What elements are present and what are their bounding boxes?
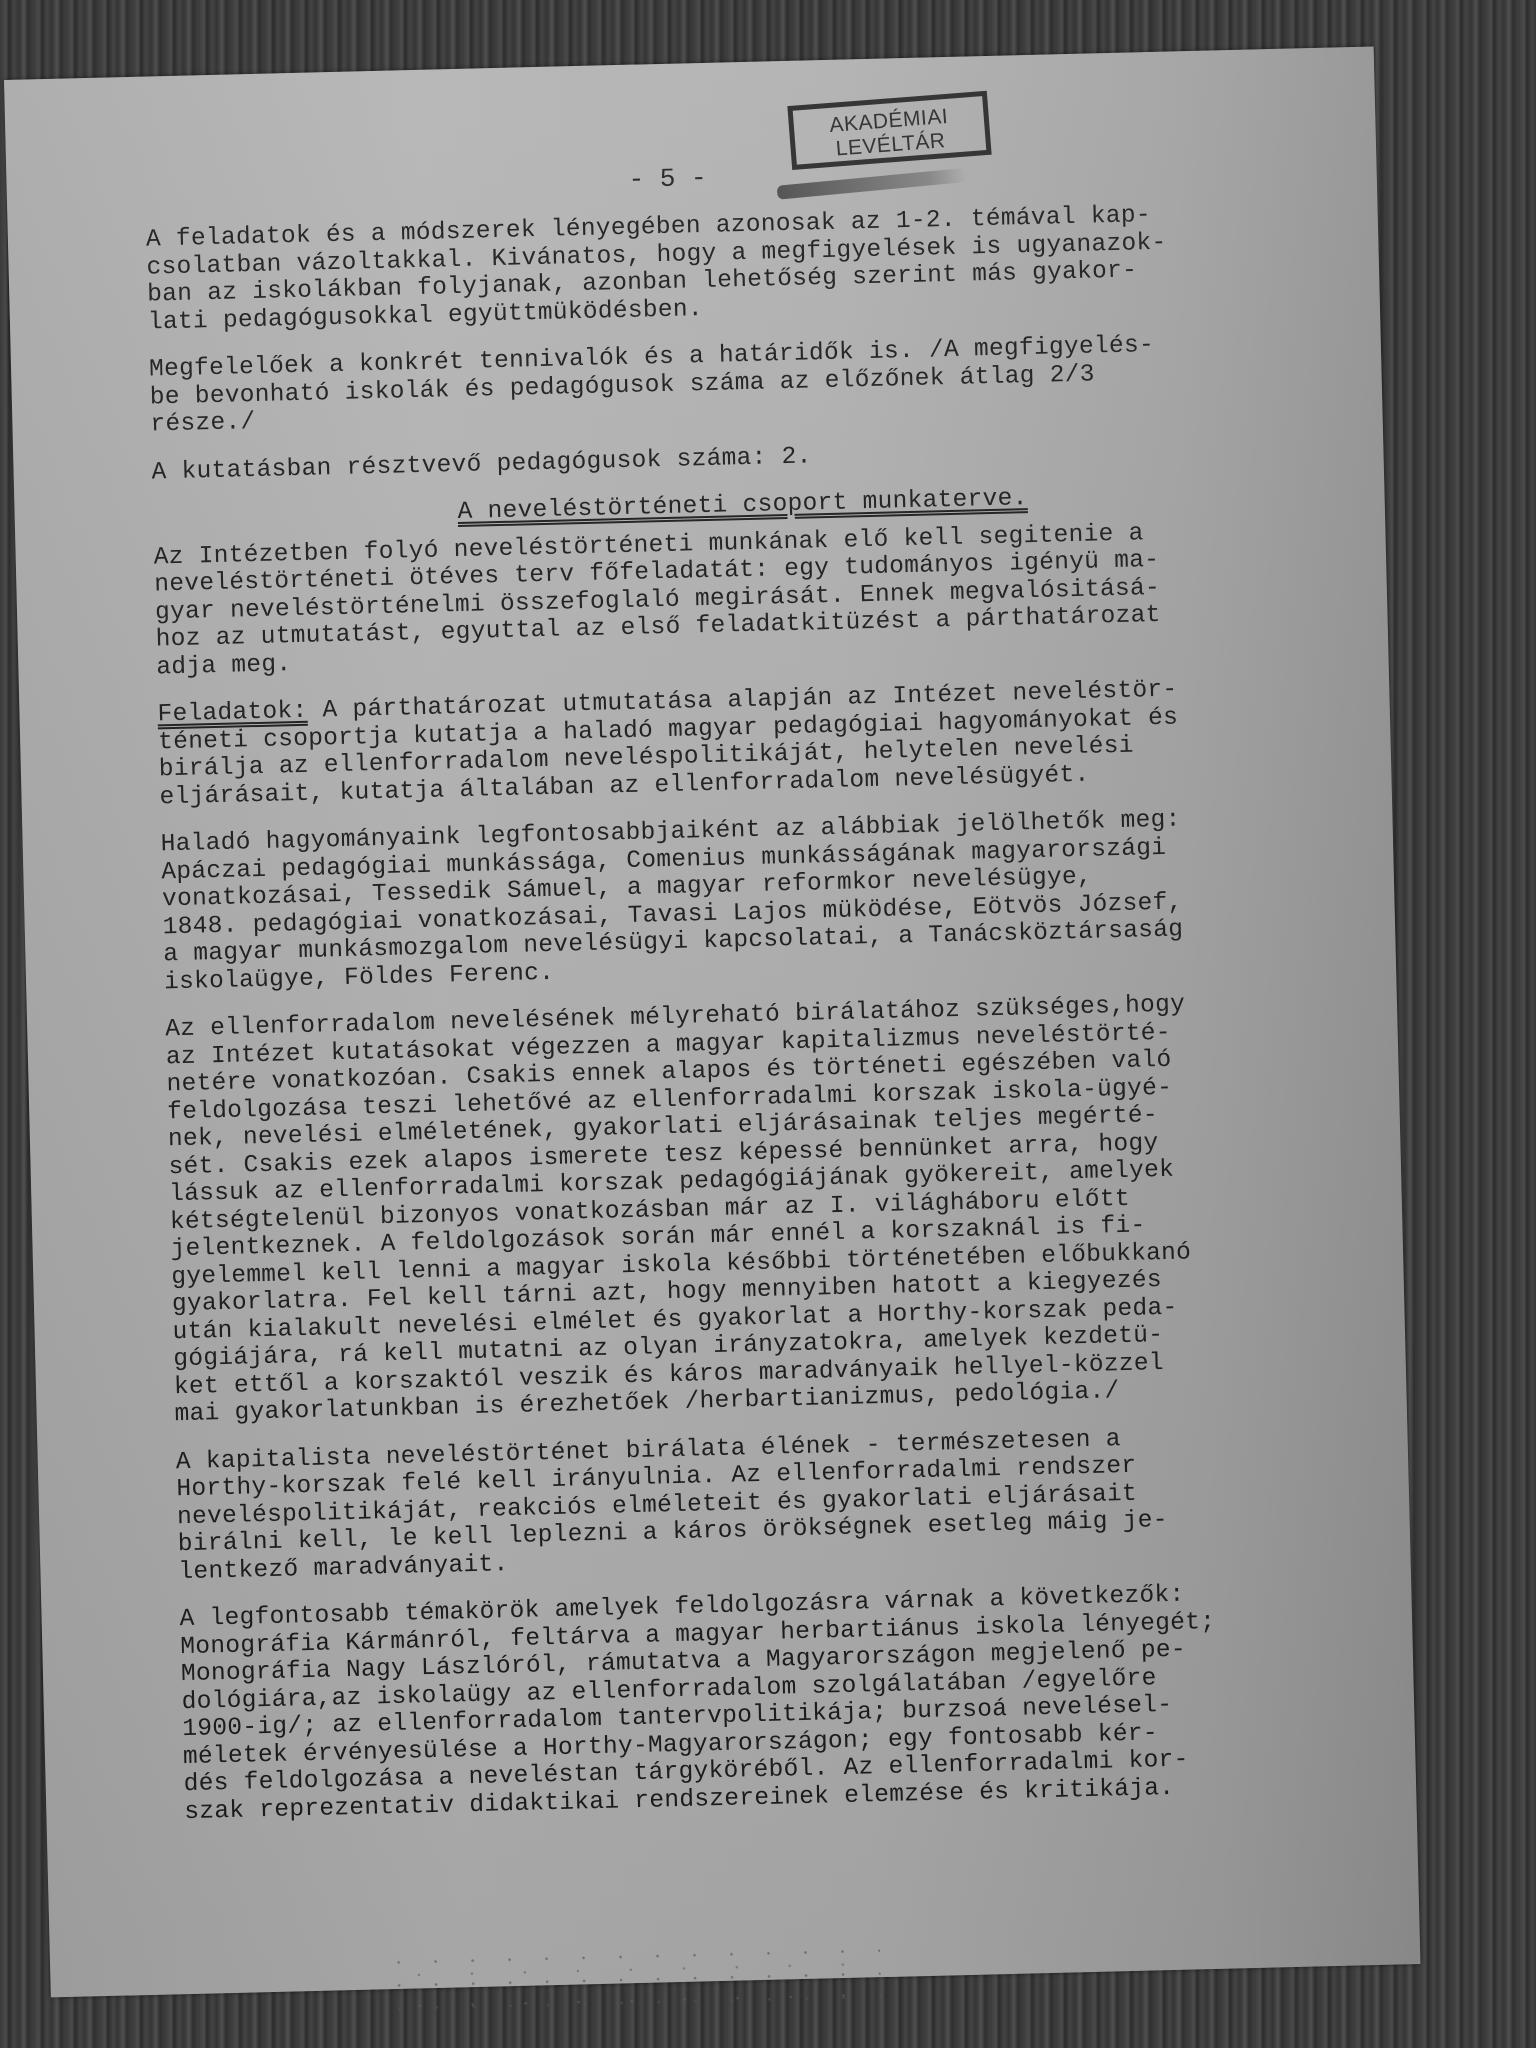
- paragraph: A kapitalista neveléstörténet birálata é…: [175, 1420, 1358, 1586]
- paragraph: Haladó hagyományaink legfontosabbjaiként…: [160, 803, 1344, 997]
- paragraph: A feladatok és a módszerek lényegében az…: [146, 198, 1328, 337]
- paragraph: Megfelelőek a konkrét tennivalók és a ha…: [149, 328, 1331, 439]
- paragraph: A kutatásban résztvevő pedagógusok száma…: [151, 430, 1331, 486]
- stamp-smudge: [777, 168, 967, 200]
- document-page: AKADÉMIAI LEVÉLTÁR - 5 - A feladatok és …: [4, 47, 1420, 1998]
- paper-specks: [380, 1939, 882, 2021]
- paragraph: Az ellenforradalom nevelésének mélyrehat…: [165, 988, 1355, 1429]
- intro-paragraphs: A feladatok és a módszerek lényegében az…: [146, 198, 1332, 487]
- paragraph: Az Intézetben folyó neveléstörténeti mun…: [153, 515, 1336, 681]
- text-line: A kutatásban résztvevő pedagógusok száma…: [151, 430, 1331, 486]
- paragraph: A legfontosabb témakörök amelyek feldolg…: [179, 1577, 1364, 1826]
- page-number: - 5 -: [628, 163, 707, 195]
- section-paragraphs: Az Intézetben folyó neveléstörténeti mun…: [153, 515, 1364, 1826]
- paragraph: Feladatok: A párthatározat utmutatása al…: [157, 673, 1339, 812]
- typed-text-body: A feladatok és a módszerek lényegében az…: [146, 198, 1365, 1846]
- paragraph-label: Feladatok:: [157, 698, 308, 729]
- archive-stamp: AKADÉMIAI LEVÉLTÁR: [787, 91, 991, 170]
